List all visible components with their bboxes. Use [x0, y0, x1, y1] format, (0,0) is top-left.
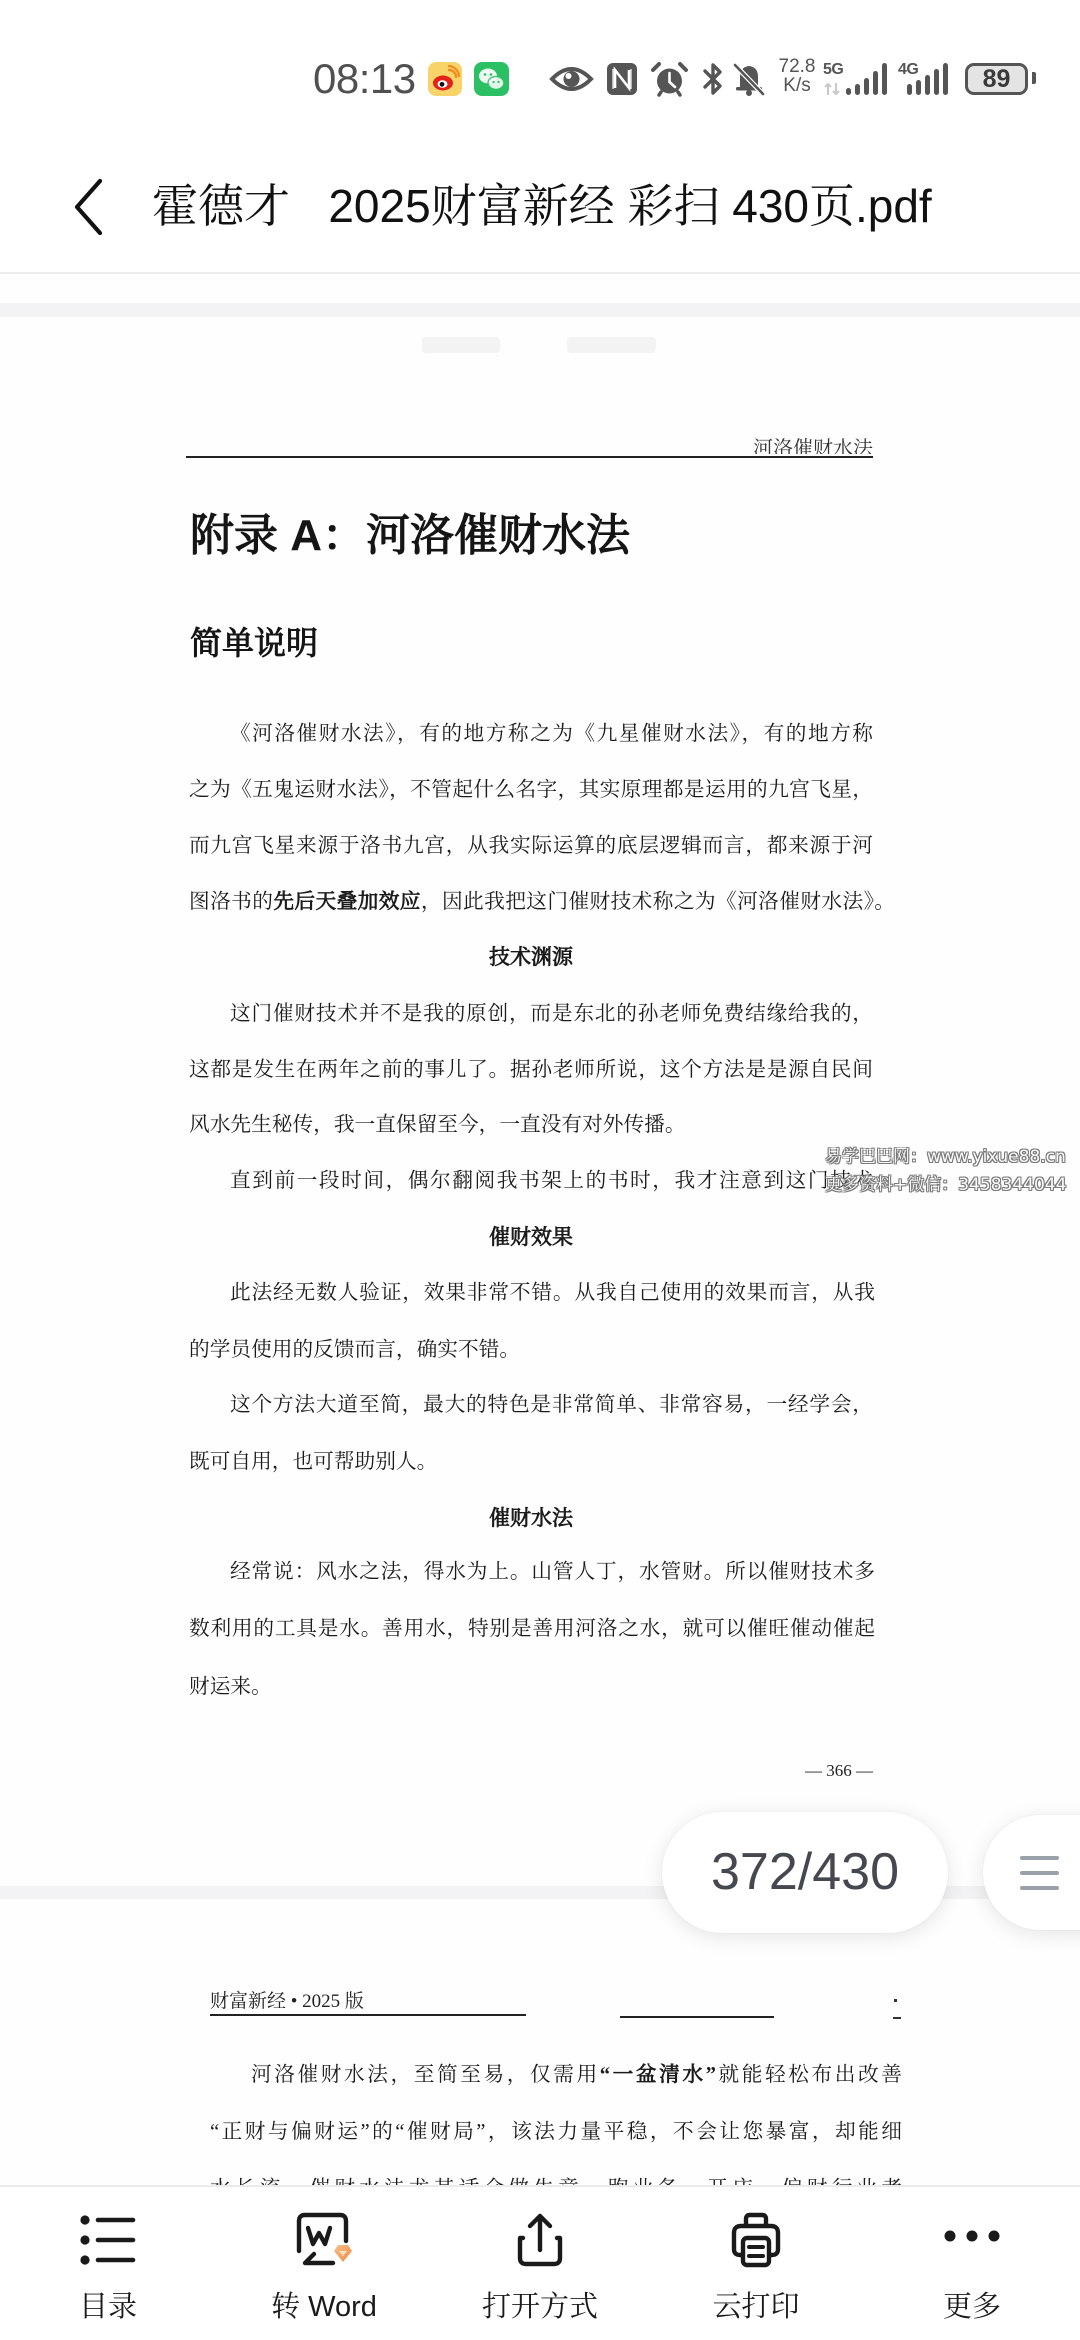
- toolbar-convert-word-button[interactable]: 转 Word: [216, 2187, 432, 2340]
- bottom-toolbar: 目录 转 Word 打开方式 云打: [0, 2185, 1080, 2340]
- emphasis-text: “一盆清水”: [600, 2064, 716, 2086]
- body-text-line: 既可自用，也可帮助别人。: [189, 1447, 437, 1477]
- network-speed: 72.8 K/s: [774, 57, 820, 95]
- body-text-line: 的学员使用的反馈而言，确实不错。: [189, 1335, 520, 1365]
- body-text-line: 而九宫飞星来源于洛书九宫，从我实际运算的底层逻辑而言，都来源于河: [189, 831, 873, 861]
- toolbar-label: 转 Word: [216, 2289, 432, 2325]
- scan-mark: [893, 2017, 901, 2019]
- body-text-line: 直到前一段时间，偶尔翻阅我书架上的书时，我才注意到这门技术: [230, 1166, 873, 1196]
- signal-bars-icon: [845, 60, 891, 96]
- body-text-line: 经常说：风水之法，得水为上。山管人丁，水管财。所以催财技术多: [230, 1557, 875, 1587]
- battery-indicator: 89: [965, 63, 1028, 95]
- eye-comfort-icon: [549, 64, 594, 94]
- toolbar-cloud-print-button[interactable]: 云打印: [648, 2187, 864, 2340]
- status-bar: 08:13 72: [0, 0, 1080, 130]
- data-activity-arrows-icon: [823, 82, 843, 96]
- page-number: — 366 —: [700, 1759, 873, 1783]
- subsection-heading: 技术渊源: [189, 943, 873, 973]
- title-bar: 霍德才 2025财富新经 彩扫 430页.pdf: [0, 130, 1080, 272]
- body-text-line: 《河洛催财水法》，有的地方称之为《九星催财水法》，有的地方称: [230, 719, 873, 749]
- scan-bleed-through: [422, 337, 500, 353]
- sim1-signal: 5G: [823, 60, 891, 98]
- toolbar-label: 更多: [864, 2289, 1080, 2325]
- body-text-line: “正财与偏财运”的“催财局”，该法力量平稳，不会让您暴富，却能细: [210, 2117, 902, 2147]
- sim2-signal: 4G: [898, 60, 956, 98]
- cloud-print-icon: [726, 2211, 786, 2269]
- watermark-line-2: 更多资料+微信：3458344044: [825, 1174, 1066, 1196]
- body-text-line: 财运来。: [189, 1672, 272, 1702]
- toolbar-more-button[interactable]: 更多: [864, 2187, 1080, 2340]
- back-button[interactable]: [62, 174, 114, 240]
- weibo-icon: [428, 62, 462, 96]
- toolbar-label: 目录: [0, 2289, 216, 2325]
- body-text-line: 数利用的工具是水。善用水，特别是善用河洛之水，就可以催旺催动催起: [189, 1614, 875, 1644]
- chevron-left-icon: [62, 174, 114, 240]
- previous-page: [0, 274, 1080, 303]
- scan-bleed-through: [567, 337, 656, 353]
- convert-to-word-icon: [294, 2211, 354, 2269]
- text-run: 河洛催财水法，至简至易，仅需用: [251, 2064, 600, 2086]
- body-text-line: 这都是发生在两年之前的事儿了。据孙老师所说，这个方法是是源自民间: [189, 1055, 873, 1085]
- alarm-icon: [650, 61, 689, 97]
- toolbar-contents-button[interactable]: 目录: [0, 2187, 216, 2340]
- text-run: 就能轻松布出改善: [716, 2064, 902, 2086]
- wechat-icon: [474, 62, 509, 96]
- bluetooth-icon: [701, 62, 725, 96]
- body-text-line: 河洛催财水法，至简至易，仅需用“一盆清水”就能轻松布出改善: [251, 2060, 902, 2090]
- toolbar-label: 打开方式: [432, 2289, 648, 2325]
- sim1-network-type: 5G: [823, 62, 843, 78]
- header-rule: [186, 456, 873, 458]
- table-of-contents-icon: [78, 2211, 138, 2269]
- network-speed-unit: K/s: [774, 76, 820, 95]
- body-text-line: 这个方法大道至简，最大的特色是非常简单、非常容易，一经学会，: [230, 1390, 873, 1420]
- chapter-title: 附录 A：河洛催财水法: [190, 510, 630, 562]
- document-title: 霍德才 2025财富新经 彩扫 430页.pdf: [152, 180, 932, 232]
- scan-mark: [894, 1999, 897, 2002]
- subsection-heading: 催财水法: [189, 1504, 873, 1534]
- watermark-line-1: 易学巴巴网：www.yixue88.cn: [825, 1146, 1066, 1168]
- toolbar-open-with-button[interactable]: 打开方式: [432, 2187, 648, 2340]
- network-speed-value: 72.8: [774, 57, 820, 76]
- header-rule: [620, 2016, 774, 2018]
- toolbar-label: 云打印: [648, 2289, 864, 2325]
- open-with-share-icon: [510, 2211, 570, 2269]
- running-header: 河洛催财水法: [700, 436, 873, 454]
- emphasis-text: 先后天叠加效应: [273, 891, 421, 913]
- silent-bell-icon: [731, 61, 767, 97]
- body-text-line: 这门催财技术并不是我的原创，而是东北的孙老师免费结缘给我的，: [230, 999, 873, 1029]
- status-time: 08:13: [313, 56, 416, 102]
- body-text-line: 图洛书的先后天叠加效应，因此我把这门催财技术称之为《河洛催财水法》。: [189, 887, 895, 917]
- more-dots-icon: [942, 2211, 1002, 2269]
- body-text-line: 风水先生秘传，我一直保留至今，一直没有对外传播。: [189, 1110, 686, 1140]
- page-indicator[interactable]: 372/430: [662, 1812, 948, 1933]
- text-run: 图洛书的: [189, 891, 273, 913]
- text-run: ，因此我把这门催财技术称之为《河洛催财水法》。: [421, 891, 895, 913]
- body-text-line: 之为《五鬼运财水法》，不管起什么名字，其实原理都是运用的九宫飞星，: [189, 775, 873, 805]
- running-header: 财富新经 • 2025 版: [210, 1990, 364, 2014]
- subsection-heading: 催财效果: [189, 1223, 873, 1253]
- body-text-line: 此法经无数人验证，效果非常不错。从我自己使用的效果而言，从我: [230, 1278, 875, 1308]
- section-title: 简单说明: [190, 623, 318, 663]
- battery-nub: [1032, 72, 1036, 84]
- header-rule: [210, 2014, 526, 2016]
- nfc-icon: [606, 62, 638, 96]
- signal-bars-icon: [906, 60, 956, 96]
